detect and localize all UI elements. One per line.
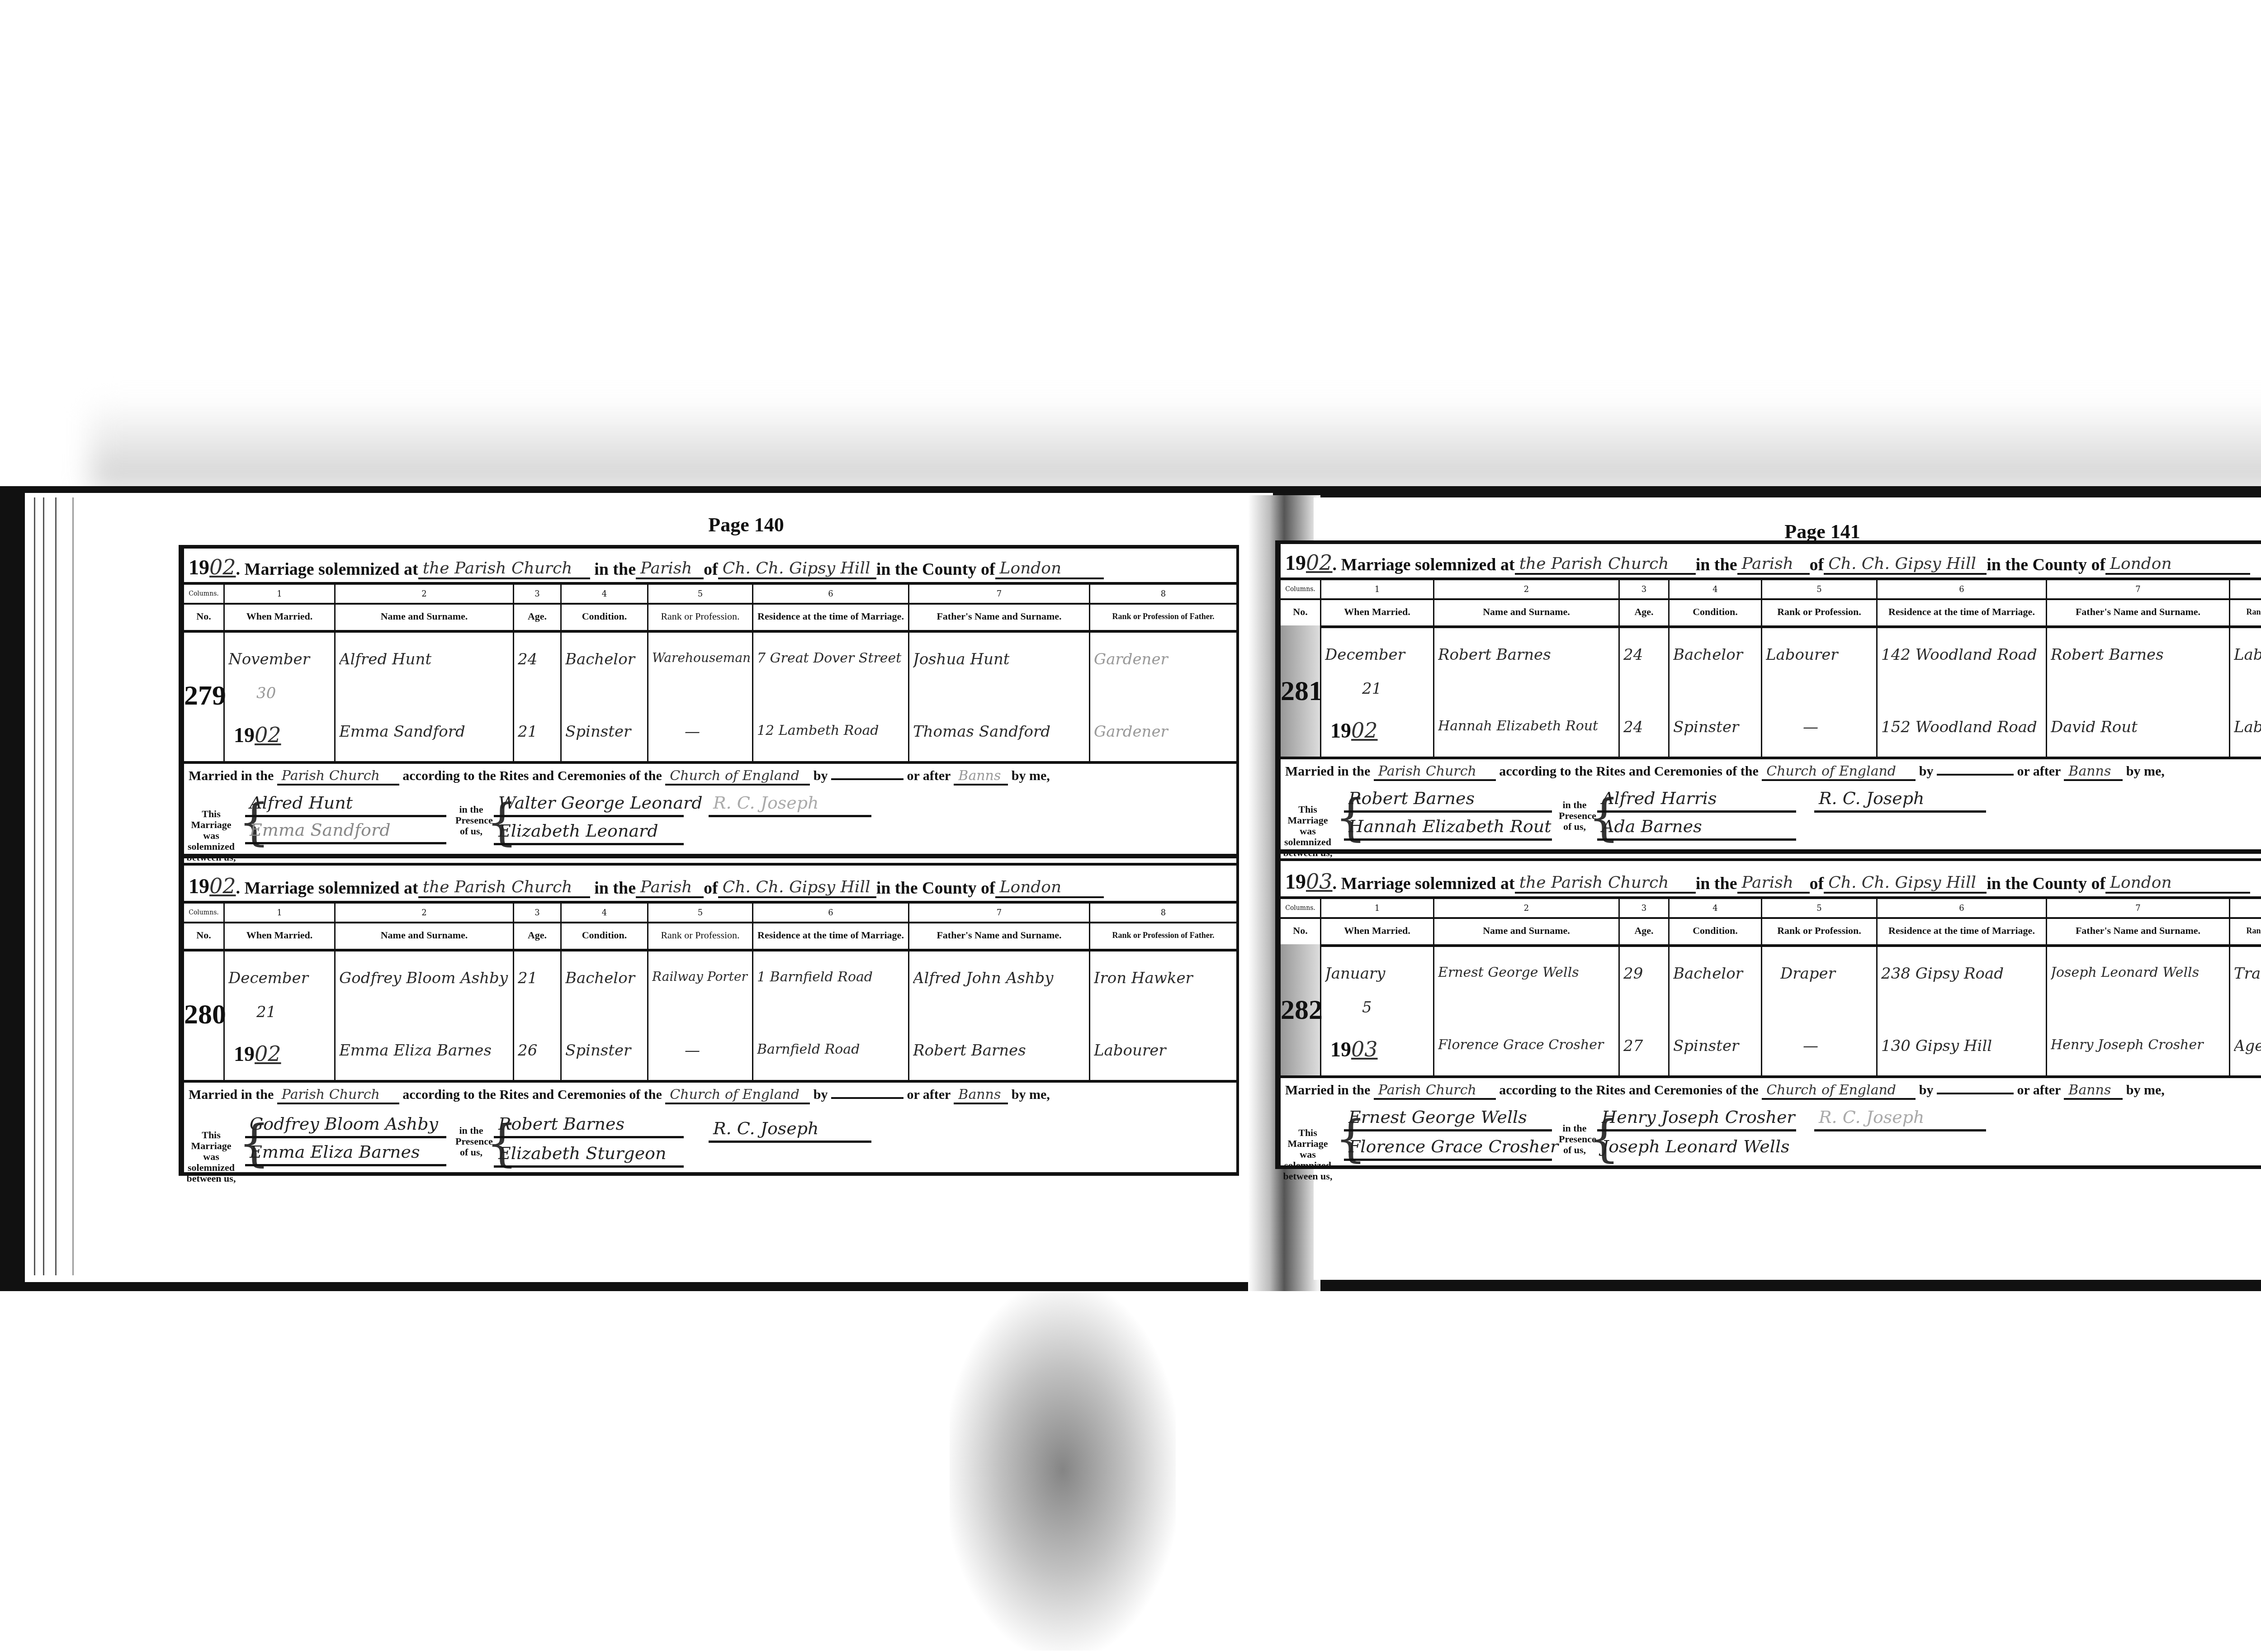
signature-block: This Marriage was solemnized between us,… (184, 793, 1236, 847)
in-presence-label: in the Presence of us, (455, 804, 487, 837)
rites-field: Church of England (1762, 763, 1916, 781)
bride-age: 21 (518, 723, 558, 741)
in-presence-label: in the Presence of us, (1559, 1123, 1590, 1155)
bride-father-rank: Labourer (2234, 718, 2261, 736)
bride-age: 26 (518, 1041, 558, 1060)
groom-father-rank: Traveller (2234, 965, 2261, 983)
header-condition: Condition. (562, 603, 648, 630)
header-father-name: Father's Name and Surname. (909, 922, 1090, 949)
rites-field: Church of England (665, 1087, 810, 1104)
groom-father: Alfred John Ashby (913, 969, 1087, 987)
bride-signature: Florence Grace Crosher (1344, 1136, 1552, 1161)
this-marriage-label: This Marriage was solemnized between us, (184, 1130, 238, 1184)
groom-father: Joshua Hunt (913, 650, 1087, 668)
year-printed: 19 (1285, 551, 1306, 574)
col-number: 1 (225, 585, 336, 603)
column-numbers: Columns. 1 2 3 4 5 6 7 8 (1281, 899, 2261, 919)
groom-father: Robert Barnes (2051, 646, 2227, 664)
header-age: Age. (1620, 917, 1670, 944)
by-field (831, 1097, 903, 1099)
after-field: Banns (954, 1087, 1008, 1104)
groom-age: 24 (518, 650, 558, 668)
col-number: 1 (1321, 899, 1434, 917)
bride-signature: Emma Sandford (245, 820, 446, 844)
column-numbers: Columns. 1 2 3 4 5 6 7 8 (184, 904, 1236, 923)
married-in-line: Married in the Parish Church according t… (184, 768, 1236, 786)
entry-rows: 279 November 30 1902 Alfred Hunt Emma Sa… (184, 630, 1236, 764)
parish-field: Ch. Ch. Gipsy Hill (718, 878, 876, 898)
after-field: Banns (2064, 763, 2123, 781)
in-the-label: in the (1696, 555, 1737, 575)
col-number: 3 (1620, 899, 1670, 917)
year-handwritten: 03 (1351, 1037, 1378, 1061)
county-field: London (995, 878, 1104, 898)
columns-label: Columns. (184, 904, 225, 922)
col-number: 4 (1670, 899, 1762, 917)
by-me-label: by me, (1012, 768, 1050, 783)
bride-father: Henry Joseph Crosher (2051, 1037, 2227, 1053)
bride-residence: Barnfield Road (757, 1041, 906, 1057)
witness-1-signature: Alfred Harris (1597, 788, 1796, 813)
col-number: 2 (336, 585, 514, 603)
entry-number: 280 (184, 999, 223, 1031)
header-name: Name and Surname. (1434, 598, 1620, 625)
officiant-signature: R. C. Joseph (709, 1118, 871, 1143)
county-field: London (2105, 554, 2250, 575)
page-number-right: Page 141 (1755, 520, 1890, 543)
groom-rank: Draper (1780, 965, 1874, 983)
bride-name: Hannah Elizabeth Rout (1438, 718, 1617, 734)
col-number: 7 (2047, 580, 2230, 598)
groom-father: Joseph Leonard Wells (2051, 965, 2227, 980)
married-in-label: Married in the (189, 1087, 274, 1102)
col-number: 8 (2230, 899, 2261, 917)
year-printed: 19 (189, 556, 209, 579)
or-after-label: or after (2017, 1083, 2061, 1098)
bride-father: Thomas Sandford (913, 723, 1087, 741)
entry-rows: 280 December 21 1902 Godfrey Bloom Ashby… (184, 949, 1236, 1083)
married-in-label: Married in the (189, 768, 274, 783)
witness-1-signature: Robert Barnes (494, 1114, 684, 1138)
officiant-signature: R. C. Joseph (709, 793, 871, 817)
groom-condition: Bachelor (1673, 965, 1759, 983)
by-me-label: by me, (1012, 1087, 1050, 1102)
groom-father-rank: Iron Hawker (1094, 969, 1235, 987)
married-in-line: Married in the Parish Church according t… (1281, 763, 2261, 781)
column-headers: No. When Married. Name and Surname. Age.… (184, 922, 1236, 951)
bride-father: David Rout (2051, 718, 2227, 736)
year-handwritten: 02 (209, 874, 236, 898)
marriage-day: 21 (1362, 680, 1431, 698)
groom-signature: Ernest George Wells (1344, 1107, 1552, 1131)
header-age: Age. (514, 603, 562, 630)
col-number: 6 (753, 585, 909, 603)
col-number: 5 (648, 904, 753, 922)
by-field (1937, 774, 2014, 776)
col-number: 2 (1434, 580, 1620, 598)
entry-number: 279 (184, 680, 223, 712)
groom-age: 24 (1623, 646, 1666, 664)
after-field: Banns (2064, 1082, 2123, 1100)
header-no: No. (1281, 598, 1321, 625)
marriage-day: 21 (256, 1003, 332, 1021)
marriage-day: 30 (256, 684, 332, 702)
marriage-month: January (1325, 965, 1431, 983)
bride-name: Emma Sandford (339, 723, 511, 741)
witness-2-signature: Elizabeth Leonard (494, 821, 684, 845)
year-handwritten: 02 (1306, 550, 1333, 575)
or-after-label: or after (2017, 764, 2061, 779)
bride-name: Emma Eliza Barnes (339, 1041, 511, 1060)
entry-header: 1902. Marriage solemnized at the Parish … (184, 549, 1236, 585)
year-handwritten: 03 (1306, 869, 1333, 894)
marriage-entry-280: 1902. Marriage solemnized at the Parish … (184, 867, 1236, 1175)
header-father-rank: Rank or Profession of Father. (2230, 598, 2261, 625)
column-numbers: Columns. 1 2 3 4 5 6 7 8 (1281, 580, 2261, 600)
by-field (1937, 1093, 2014, 1094)
witness-1-signature: Walter George Leonard (494, 793, 684, 817)
col-number: 5 (1762, 580, 1878, 598)
solemnized-label: Marriage solemnized at (1341, 874, 1515, 894)
entry-header: 1903. Marriage solemnized at the Parish … (1281, 863, 2261, 899)
according-label: according to the Rites and Ceremonies of… (402, 768, 662, 783)
entry-rows: 282 January 5 1903 Ernest George Wells F… (1281, 944, 2261, 1078)
county-label: in the County of (1987, 874, 2105, 894)
header-name: Name and Surname. (336, 922, 514, 949)
bride-rank: — (1803, 718, 1874, 736)
bride-rank: — (685, 723, 750, 741)
by-field (831, 778, 903, 780)
entry-rows: 281 December 21 1902 Robert Barnes Hanna… (1281, 625, 2261, 759)
column-numbers: Columns. 1 2 3 4 5 6 7 8 (184, 585, 1236, 605)
according-label: according to the Rites and Ceremonies of… (402, 1087, 662, 1102)
groom-name: Ernest George Wells (1438, 965, 1617, 980)
bride-condition: Spinster (1673, 718, 1759, 736)
bride-condition: Spinster (1673, 1037, 1759, 1055)
page-edge (72, 497, 74, 1275)
column-headers: No. When Married. Name and Surname. Age.… (1281, 917, 2261, 947)
marriage-entry-282: 1903. Marriage solemnized at the Parish … (1281, 863, 2261, 1168)
groom-signature: Godfrey Bloom Ashby (245, 1114, 446, 1138)
entry-divider (184, 863, 1236, 866)
col-number: 5 (648, 585, 753, 603)
col-number: 3 (514, 585, 562, 603)
header-when-married: When Married. (1321, 598, 1434, 625)
groom-rank: Warehouseman (652, 650, 750, 665)
county-label: in the County of (876, 559, 995, 579)
header-age: Age. (1620, 598, 1670, 625)
header-name: Name and Surname. (336, 603, 514, 630)
entry-number: 281 (1281, 675, 1320, 707)
of-label: of (704, 559, 718, 579)
year-printed: 19 (1330, 1038, 1351, 1061)
married-in-field: Parish Church (1374, 763, 1496, 781)
page-edge (34, 497, 35, 1275)
col-number: 7 (909, 904, 1090, 922)
solemnized-label: Marriage solemnized at (245, 559, 418, 579)
in-presence-label: in the Presence of us, (1559, 800, 1590, 832)
header-no: No. (1281, 917, 1321, 944)
officiant-signature: R. C. Joseph (1814, 1107, 1986, 1131)
parish-type-field: Parish (1737, 554, 1810, 575)
year-label: 1903 (1285, 869, 1333, 894)
header-rank: Rank or Profession. (1762, 917, 1878, 944)
groom-residence: 1 Barnfield Road (757, 969, 906, 985)
county-label: in the County of (1987, 555, 2105, 575)
county-label: in the County of (876, 878, 995, 898)
groom-condition: Bachelor (1673, 646, 1759, 664)
header-age: Age. (514, 922, 562, 949)
header-when-married: When Married. (225, 922, 336, 949)
page-edge (43, 497, 44, 1275)
marriage-entry-281: 1902. Marriage solemnized at the Parish … (1281, 544, 2261, 843)
header-father-name: Father's Name and Surname. (2047, 598, 2230, 625)
header-when-married: When Married. (225, 603, 336, 630)
groom-rank: Labourer (1766, 646, 1874, 664)
year-handwritten: 02 (255, 1041, 281, 1066)
year-label: 1902 (189, 874, 236, 898)
bride-residence: 12 Lambeth Road (757, 723, 906, 738)
groom-age: 29 (1623, 965, 1666, 983)
groom-signature: Robert Barnes (1344, 788, 1552, 813)
bride-signature: Hannah Elizabeth Rout (1344, 816, 1552, 841)
year-label: 1902 (189, 555, 236, 579)
county-field: London (995, 559, 1104, 579)
marriage-month: December (228, 969, 332, 987)
col-number: 8 (2230, 580, 2261, 598)
header-rank: Rank or Profession. (1762, 598, 1878, 625)
year-handwritten: 02 (1351, 718, 1378, 743)
header-rank: Rank or Profession. (648, 603, 753, 630)
column-headers: No. When Married. Name and Surname. Age.… (184, 603, 1236, 633)
groom-age: 21 (518, 969, 558, 987)
columns-label: Columns. (1281, 899, 1321, 917)
groom-signature: Alfred Hunt (245, 793, 446, 817)
this-marriage-label: This Marriage was solemnized between us, (1281, 1127, 1335, 1182)
signature-block: This Marriage was solemnized between us,… (184, 1114, 1236, 1173)
page-number-left: Page 140 (678, 513, 814, 536)
bride-age: 27 (1623, 1037, 1666, 1055)
col-number: 4 (1670, 580, 1762, 598)
witness-2-signature: Ada Barnes (1597, 816, 1796, 841)
by-label: by (814, 768, 828, 783)
bride-age: 24 (1623, 718, 1666, 736)
book-shadow-top (90, 398, 2261, 488)
bride-father-rank: Labourer (1094, 1041, 1235, 1060)
entry-divider (184, 854, 1236, 858)
year-printed: 19 (234, 1042, 255, 1065)
header-father-name: Father's Name and Surname. (2047, 917, 2230, 944)
header-condition: Condition. (562, 922, 648, 949)
header-name: Name and Surname. (1434, 917, 1620, 944)
of-label: of (1810, 874, 1824, 894)
by-me-label: by me, (2126, 764, 2165, 779)
of-label: of (704, 878, 718, 898)
after-field: Banns (954, 768, 1008, 786)
parish-field: Ch. Ch. Gipsy Hill (1824, 554, 1987, 575)
signature-block: This Marriage was solemnized between us,… (1281, 788, 2261, 843)
parish-field: Ch. Ch. Gipsy Hill (718, 559, 876, 579)
book-shadow-bottom (950, 1289, 1176, 1651)
place-field: the Parish Church (418, 559, 590, 579)
entry-divider (1281, 858, 2261, 861)
witness-2-signature: Elizabeth Sturgeon (494, 1143, 684, 1168)
year-printed: 19 (1285, 870, 1306, 893)
header-residence: Residence at the time of Marriage. (1878, 598, 2047, 625)
bride-father: Robert Barnes (913, 1041, 1087, 1060)
col-number: 7 (2047, 899, 2230, 917)
in-the-label: in the (594, 878, 636, 898)
married-in-label: Married in the (1285, 764, 1370, 779)
bride-condition: Spinster (565, 723, 645, 741)
bride-father-rank: Agent (2234, 1037, 2261, 1055)
bride-father-rank: Gardener (1094, 723, 1235, 741)
in-the-label: in the (594, 559, 636, 579)
header-residence: Residence at the time of Marriage. (1878, 917, 2047, 944)
header-when-married: When Married. (1321, 917, 1434, 944)
rites-field: Church of England (665, 768, 810, 786)
or-after-label: or after (907, 768, 951, 783)
by-label: by (1919, 764, 1934, 779)
entry-header: 1902. Marriage solemnized at the Parish … (184, 867, 1236, 904)
marriage-month: November (228, 650, 332, 668)
parish-type-field: Parish (636, 878, 704, 898)
year-printed: 19 (189, 875, 209, 898)
groom-residence: 7 Great Dover Street (757, 650, 906, 666)
witness-2-signature: Joseph Leonard Wells (1597, 1136, 1796, 1161)
bride-name: Florence Grace Crosher (1438, 1037, 1617, 1053)
header-condition: Condition. (1670, 917, 1762, 944)
col-number: 5 (1762, 899, 1878, 917)
groom-father-rank: Labourer (2234, 646, 2261, 664)
signature-block: This Marriage was solemnized between us,… (1281, 1107, 2261, 1166)
bride-condition: Spinster (565, 1041, 645, 1060)
according-label: according to the Rites and Ceremonies of… (1499, 1083, 1759, 1098)
parish-type-field: Parish (1737, 873, 1810, 894)
by-label: by (814, 1087, 828, 1102)
groom-residence: 142 Woodland Road (1881, 646, 2044, 664)
married-in-line: Married in the Parish Church according t… (184, 1087, 1236, 1104)
rites-field: Church of England (1762, 1082, 1916, 1100)
groom-name: Alfred Hunt (339, 650, 511, 668)
col-number: 6 (1878, 580, 2047, 598)
col-number: 3 (514, 904, 562, 922)
groom-residence: 238 Gipsy Road (1881, 965, 2044, 983)
groom-condition: Bachelor (565, 969, 645, 987)
marriage-month: December (1325, 646, 1431, 664)
married-in-line: Married in the Parish Church according t… (1281, 1082, 2261, 1100)
or-after-label: or after (907, 1087, 951, 1102)
parish-field: Ch. Ch. Gipsy Hill (1824, 873, 1987, 894)
page-edge (55, 497, 57, 1275)
marriage-entry-279: 1902. Marriage solemnized at the Parish … (184, 549, 1236, 847)
parish-type-field: Parish (636, 559, 704, 579)
witness-1-signature: Henry Joseph Crosher (1597, 1107, 1796, 1131)
year-handwritten: 02 (209, 555, 236, 579)
col-number: 8 (1090, 904, 1236, 922)
register-table-right: 1902. Marriage solemnized at the Parish … (1275, 540, 2261, 1169)
year-handwritten: 02 (255, 723, 281, 747)
groom-name: Godfrey Bloom Ashby (339, 969, 511, 987)
place-field: the Parish Church (1515, 554, 1696, 575)
header-no: No. (184, 922, 225, 949)
header-residence: Residence at the time of Marriage. (753, 603, 909, 630)
bride-signature: Emma Eliza Barnes (245, 1142, 446, 1166)
col-number: 2 (1434, 899, 1620, 917)
col-number: 4 (562, 904, 648, 922)
col-number: 2 (336, 904, 514, 922)
header-no: No. (184, 603, 225, 630)
groom-rank: Railway Porter (652, 969, 750, 984)
bride-rank: — (685, 1041, 750, 1060)
col-number: 1 (225, 904, 336, 922)
in-the-label: in the (1696, 874, 1737, 894)
solemnized-label: Marriage solemnized at (1341, 555, 1515, 575)
header-father-rank: Rank or Profession of Father. (2230, 917, 2261, 944)
bride-residence: 130 Gipsy Hill (1881, 1037, 2044, 1055)
marriage-day: 5 (1362, 999, 1431, 1017)
col-number: 1 (1321, 580, 1434, 598)
col-number: 7 (909, 585, 1090, 603)
place-field: the Parish Church (418, 878, 590, 898)
column-headers: No. When Married. Name and Surname. Age.… (1281, 598, 2261, 628)
columns-label: Columns. (184, 585, 225, 603)
married-in-field: Parish Church (277, 768, 399, 786)
header-father-rank: Rank or Profession of Father. (1090, 603, 1236, 630)
bride-residence: 152 Woodland Road (1881, 718, 2044, 736)
col-number: 8 (1090, 585, 1236, 603)
married-in-field: Parish Church (1374, 1082, 1496, 1100)
married-in-label: Married in the (1285, 1083, 1370, 1098)
header-residence: Residence at the time of Marriage. (753, 922, 909, 949)
in-presence-label: in the Presence of us, (455, 1125, 487, 1158)
header-rank: Rank or Profession. (648, 922, 753, 949)
header-condition: Condition. (1670, 598, 1762, 625)
bride-rank: — (1803, 1037, 1874, 1055)
entry-number: 282 (1281, 994, 1320, 1026)
by-label: by (1919, 1083, 1934, 1098)
year-printed: 19 (234, 724, 255, 747)
columns-label: Columns. (1281, 580, 1321, 598)
of-label: of (1810, 555, 1824, 575)
married-in-field: Parish Church (277, 1087, 399, 1104)
register-table-left: 1902. Marriage solemnized at the Parish … (179, 545, 1239, 1176)
by-me-label: by me, (2126, 1083, 2165, 1098)
col-number: 6 (1878, 899, 2047, 917)
header-father-rank: Rank or Profession of Father. (1090, 922, 1236, 949)
year-printed: 19 (1330, 719, 1351, 742)
groom-name: Robert Barnes (1438, 646, 1617, 664)
groom-father-rank: Gardener (1094, 650, 1235, 668)
header-father-name: Father's Name and Surname. (909, 603, 1090, 630)
officiant-signature: R. C. Joseph (1814, 788, 1986, 813)
year-label: 1902 (1285, 550, 1333, 575)
according-label: according to the Rites and Ceremonies of… (1499, 764, 1759, 779)
col-number: 6 (753, 904, 909, 922)
entry-divider (1281, 849, 2261, 854)
groom-condition: Bachelor (565, 650, 645, 668)
county-field: London (2105, 873, 2250, 894)
col-number: 3 (1620, 580, 1670, 598)
place-field: the Parish Church (1515, 873, 1696, 894)
entry-header: 1902. Marriage solemnized at the Parish … (1281, 544, 2261, 580)
col-number: 4 (562, 585, 648, 603)
solemnized-label: Marriage solemnized at (245, 878, 418, 898)
